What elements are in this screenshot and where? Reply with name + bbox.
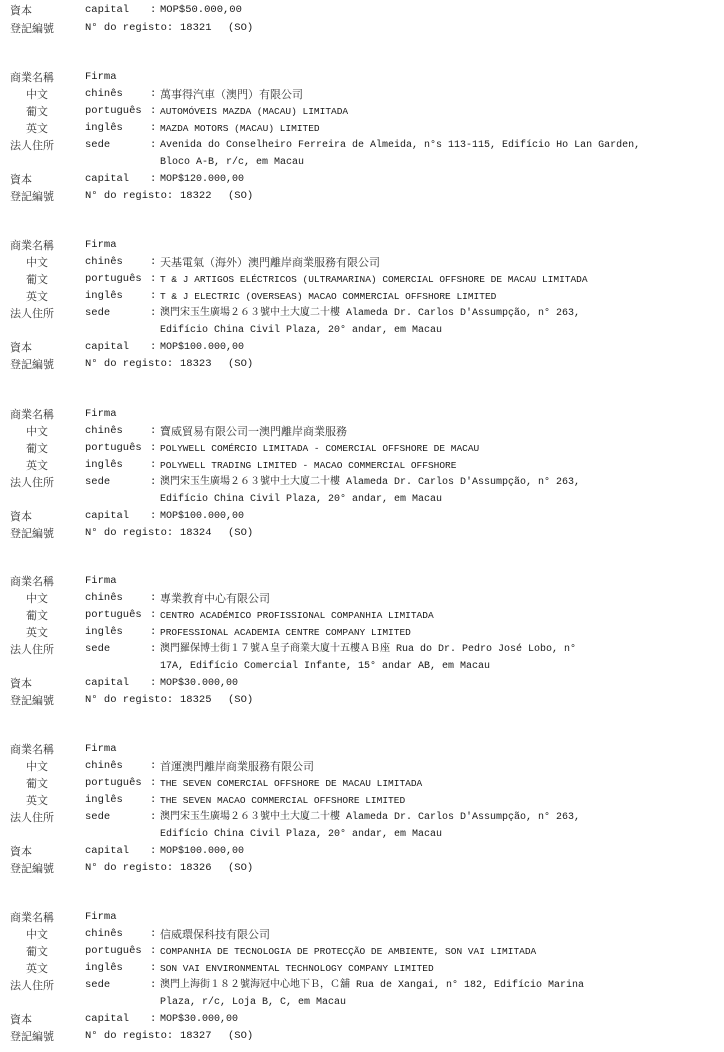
sede-address-line2: 17A, Edifício Comercial Infante, 15° and… <box>160 658 490 675</box>
capital-label-cn: 資本 <box>10 171 32 188</box>
portugues-name: AUTOMÓVEIS MAZDA (MACAU) LIMITADA <box>160 103 348 120</box>
colon: : <box>150 960 156 977</box>
company-entry-18322: 商業名稱 Firma 中文 chinês : 萬事得汽車（澳門）有限公司 葡文 … <box>0 69 724 219</box>
sede-address-line2: Edifício China Civil Plaza, 20° andar, e… <box>160 322 442 339</box>
colon: : <box>150 137 156 154</box>
colon: : <box>150 843 156 860</box>
portugues-label-pt: português <box>85 943 142 960</box>
ingles-label-cn: 英文 <box>26 624 48 641</box>
firma-label-pt: Firma <box>85 741 117 758</box>
capital-label-cn: 資本 <box>10 675 32 692</box>
company-entry-18326: 商業名稱 Firma 中文 chinês : 首運澳門離岸商業服務有限公司 葡文… <box>0 741 724 891</box>
registo-number: 18322 <box>180 188 212 205</box>
firma-label-pt: Firma <box>85 909 117 926</box>
colon: : <box>150 305 156 322</box>
portugues-name: POLYWELL COMÉRCIO LIMITADA - COMERCIAL O… <box>160 440 479 457</box>
colon: : <box>150 926 156 943</box>
colon: : <box>150 423 156 440</box>
registo-suffix: (SO) <box>228 525 253 542</box>
sede-label-cn: 法人住所 <box>10 641 54 658</box>
colon: : <box>150 943 156 960</box>
portugues-label-pt: português <box>85 775 142 792</box>
firma-label-pt: Firma <box>85 573 117 590</box>
portugues-label-pt: português <box>85 607 142 624</box>
ingles-label-pt: inglês <box>85 457 123 474</box>
registo-suffix: (SO) <box>228 356 253 373</box>
colon: : <box>150 103 156 120</box>
registo-label-pt: N° do registo: <box>85 188 173 205</box>
chines-label-pt: chinês <box>85 590 123 607</box>
chines-label-pt: chinês <box>85 254 123 271</box>
sede-label-cn: 法人住所 <box>10 305 54 322</box>
company-entry-18325: 商業名稱 Firma 中文 chinês : 專業教育中心有限公司 葡文 por… <box>0 573 724 723</box>
registo-suffix: (SO) <box>228 188 253 205</box>
ingles-name: THE SEVEN MACAO COMMERCIAL OFFSHORE LIMI… <box>160 792 405 809</box>
colon: : <box>150 792 156 809</box>
registo-number: 18324 <box>180 525 212 542</box>
colon: : <box>150 758 156 775</box>
capital-label-pt: capital <box>85 508 129 525</box>
colon: : <box>150 775 156 792</box>
ingles-name: T & J ELECTRIC (OVERSEAS) MACAO COMMERCI… <box>160 288 496 305</box>
capital-label-cn: 資本 <box>10 2 32 19</box>
colon: : <box>150 675 156 692</box>
registo-number: 18327 <box>180 1028 212 1045</box>
colon: : <box>150 977 156 994</box>
ingles-name: SON VAI ENVIRONMENTAL TECHNOLOGY COMPANY… <box>160 960 434 977</box>
ingles-label-pt: inglês <box>85 624 123 641</box>
capital-label-cn: 資本 <box>10 339 32 356</box>
capital-label-pt: capital <box>85 843 129 860</box>
capital-label-pt: capital <box>85 2 129 19</box>
registo-suffix: (SO) <box>228 860 253 877</box>
capital-value: MOP$30.000,00 <box>160 1011 238 1028</box>
chines-label-cn: 中文 <box>26 758 48 775</box>
capital-value: MOP$30.000,00 <box>160 675 238 692</box>
registo-suffix: (SO) <box>228 1028 253 1045</box>
colon: : <box>150 171 156 188</box>
sede-address-line1: 澳門宋玉生廣場２６３號中土大廈二十樓 Alameda Dr. Carlos D'… <box>160 809 580 826</box>
sede-address-line1: 澳門羅保博士街１７號Ａ皇子商業大廈十五樓ＡＢ座 Rua do Dr. Pedro… <box>160 641 576 658</box>
capital-value: MOP$50.000,00 <box>160 2 242 19</box>
ingles-name: PROFESSIONAL ACADEMIA CENTRE COMPANY LIM… <box>160 624 411 641</box>
ingles-label-pt: inglês <box>85 288 123 305</box>
chines-name: 寶威貿易有限公司一澳門離岸商業服務 <box>160 423 347 440</box>
chines-label-pt: chinês <box>85 758 123 775</box>
firma-label-cn: 商業名稱 <box>10 69 54 86</box>
sede-label-cn: 法人住所 <box>10 809 54 826</box>
colon: : <box>150 607 156 624</box>
registo-label-cn: 登記編號 <box>10 692 54 709</box>
firma-label-pt: Firma <box>85 237 117 254</box>
chines-name: 萬事得汽車（澳門）有限公司 <box>160 86 303 103</box>
sede-label-pt: sede <box>85 977 110 994</box>
registo-label-cn: 登記編號 <box>10 188 54 205</box>
registo-number: 18325 <box>180 692 212 709</box>
colon: : <box>150 288 156 305</box>
sede-address-line1: Avenida do Conselheiro Ferreira de Almei… <box>160 137 640 154</box>
portugues-label-pt: português <box>85 440 142 457</box>
chines-name: 首運澳門離岸商業服務有限公司 <box>160 758 314 775</box>
firma-label-cn: 商業名稱 <box>10 909 54 926</box>
chines-name: 信威環保科技有限公司 <box>160 926 270 943</box>
firma-label-cn: 商業名稱 <box>10 237 54 254</box>
firma-label-pt: Firma <box>85 69 117 86</box>
chines-name: 專業教育中心有限公司 <box>160 590 270 607</box>
registo-label-pt: N° do registo: <box>85 692 173 709</box>
registo-label-cn: 登記編號 <box>10 356 54 373</box>
portugues-name: T & J ARTIGOS ELÉCTRICOS (ULTRAMARINA) C… <box>160 271 588 288</box>
portugues-label-cn: 葡文 <box>26 103 48 120</box>
ingles-label-pt: inglês <box>85 792 123 809</box>
colon: : <box>150 2 156 19</box>
registo-label-pt: N° do registo: <box>85 20 173 37</box>
ingles-label-cn: 英文 <box>26 120 48 137</box>
company-entry-18324: 商業名稱 Firma 中文 chinês : 寶威貿易有限公司一澳門離岸商業服務… <box>0 406 724 556</box>
registo-suffix: (SO) <box>228 692 253 709</box>
colon: : <box>150 120 156 137</box>
sede-address-line2: Edifício China Civil Plaza, 20° andar, e… <box>160 491 442 508</box>
colon: : <box>150 474 156 491</box>
portugues-label-cn: 葡文 <box>26 775 48 792</box>
registo-label-pt: N° do registo: <box>85 1028 173 1045</box>
sede-address-line1: 澳門上海街１８２號海冠中心地下Ｂ，Ｃ舖 Rua de Xangai, n° 18… <box>160 977 584 994</box>
sede-address-line2: Bloco A-B, r/c, em Macau <box>160 154 304 171</box>
capital-value: MOP$100.000,00 <box>160 843 244 860</box>
sede-address-line1: 澳門宋玉生廣場２６３號中土大廈二十樓 Alameda Dr. Carlos D'… <box>160 305 580 322</box>
ingles-label-cn: 英文 <box>26 792 48 809</box>
colon: : <box>150 1011 156 1028</box>
sede-label-pt: sede <box>85 137 110 154</box>
capital-label-pt: capital <box>85 675 129 692</box>
registo-number: 18326 <box>180 860 212 877</box>
portugues-label-cn: 葡文 <box>26 440 48 457</box>
capital-label-pt: capital <box>85 1011 129 1028</box>
sede-label-pt: sede <box>85 809 110 826</box>
sede-label-pt: sede <box>85 474 110 491</box>
portugues-label-cn: 葡文 <box>26 943 48 960</box>
sede-address-line1: 澳門宋玉生廣場２６３號中土大廈二十樓 Alameda Dr. Carlos D'… <box>160 474 580 491</box>
registo-label-cn: 登記編號 <box>10 525 54 542</box>
sede-label-cn: 法人住所 <box>10 137 54 154</box>
firma-label-cn: 商業名稱 <box>10 573 54 590</box>
registo-label-pt: N° do registo: <box>85 356 173 373</box>
chines-label-cn: 中文 <box>26 86 48 103</box>
chines-label-cn: 中文 <box>26 423 48 440</box>
portugues-label-pt: português <box>85 271 142 288</box>
colon: : <box>150 86 156 103</box>
portugues-label-pt: português <box>85 103 142 120</box>
ingles-label-cn: 英文 <box>26 457 48 474</box>
firma-label-pt: Firma <box>85 406 117 423</box>
capital-value: MOP$120.000,00 <box>160 171 244 188</box>
colon: : <box>150 809 156 826</box>
colon: : <box>150 271 156 288</box>
sede-address-line2: Plaza, r/c, Loja B, C, em Macau <box>160 994 346 1011</box>
capital-label-cn: 資本 <box>10 1011 32 1028</box>
registo-label-cn: 登記編號 <box>10 1028 54 1045</box>
portugues-name: COMPANHIA DE TECNOLOGIA DE PROTECÇÃO DE … <box>160 943 536 960</box>
sede-address-line2: Edifício China Civil Plaza, 20° andar, e… <box>160 826 442 843</box>
portugues-label-cn: 葡文 <box>26 271 48 288</box>
colon: : <box>150 508 156 525</box>
company-entry-18327: 商業名稱 Firma 中文 chinês : 信威環保科技有限公司 葡文 por… <box>0 909 724 1052</box>
ingles-label-pt: inglês <box>85 960 123 977</box>
colon: : <box>150 641 156 658</box>
chines-label-pt: chinês <box>85 423 123 440</box>
registo-label-pt: N° do registo: <box>85 525 173 542</box>
chines-label-cn: 中文 <box>26 254 48 271</box>
sede-label-pt: sede <box>85 305 110 322</box>
ingles-name: POLYWELL TRADING LIMITED - MACAO COMMERC… <box>160 457 456 474</box>
sede-label-cn: 法人住所 <box>10 474 54 491</box>
registo-suffix: (SO) <box>228 20 253 37</box>
chines-label-pt: chinês <box>85 86 123 103</box>
capital-label-cn: 資本 <box>10 508 32 525</box>
capital-label-pt: capital <box>85 339 129 356</box>
colon: : <box>150 624 156 641</box>
sede-label-cn: 法人住所 <box>10 977 54 994</box>
colon: : <box>150 339 156 356</box>
registo-label-cn: 登記編號 <box>10 20 54 37</box>
registo-number: 18321 <box>180 20 212 37</box>
colon: : <box>150 440 156 457</box>
ingles-name: MAZDA MOTORS (MACAU) LIMITED <box>160 120 320 137</box>
chines-label-cn: 中文 <box>26 590 48 607</box>
company-entry-18323: 商業名稱 Firma 中文 chinês : 天基電氣（海外）澳門離岸商業服務有… <box>0 237 724 387</box>
colon: : <box>150 590 156 607</box>
registo-label-pt: N° do registo: <box>85 860 173 877</box>
capital-label-pt: capital <box>85 171 129 188</box>
portugues-name: THE SEVEN COMERCIAL OFFSHORE DE MACAU LI… <box>160 775 422 792</box>
ingles-label-pt: inglês <box>85 120 123 137</box>
capital-value: MOP$100.000,00 <box>160 508 244 525</box>
chines-label-pt: chinês <box>85 926 123 943</box>
capital-label-cn: 資本 <box>10 843 32 860</box>
firma-label-cn: 商業名稱 <box>10 741 54 758</box>
ingles-label-cn: 英文 <box>26 288 48 305</box>
chines-name: 天基電氣（海外）澳門離岸商業服務有限公司 <box>160 254 380 271</box>
ingles-label-cn: 英文 <box>26 960 48 977</box>
sede-label-pt: sede <box>85 641 110 658</box>
portugues-name: CENTRO ACADÉMICO PROFISSIONAL COMPANHIA … <box>160 607 434 624</box>
firma-label-cn: 商業名稱 <box>10 406 54 423</box>
colon: : <box>150 254 156 271</box>
chines-label-cn: 中文 <box>26 926 48 943</box>
registo-label-cn: 登記編號 <box>10 860 54 877</box>
portugues-label-cn: 葡文 <box>26 607 48 624</box>
capital-value: MOP$100.000,00 <box>160 339 244 356</box>
colon: : <box>150 457 156 474</box>
registo-number: 18323 <box>180 356 212 373</box>
